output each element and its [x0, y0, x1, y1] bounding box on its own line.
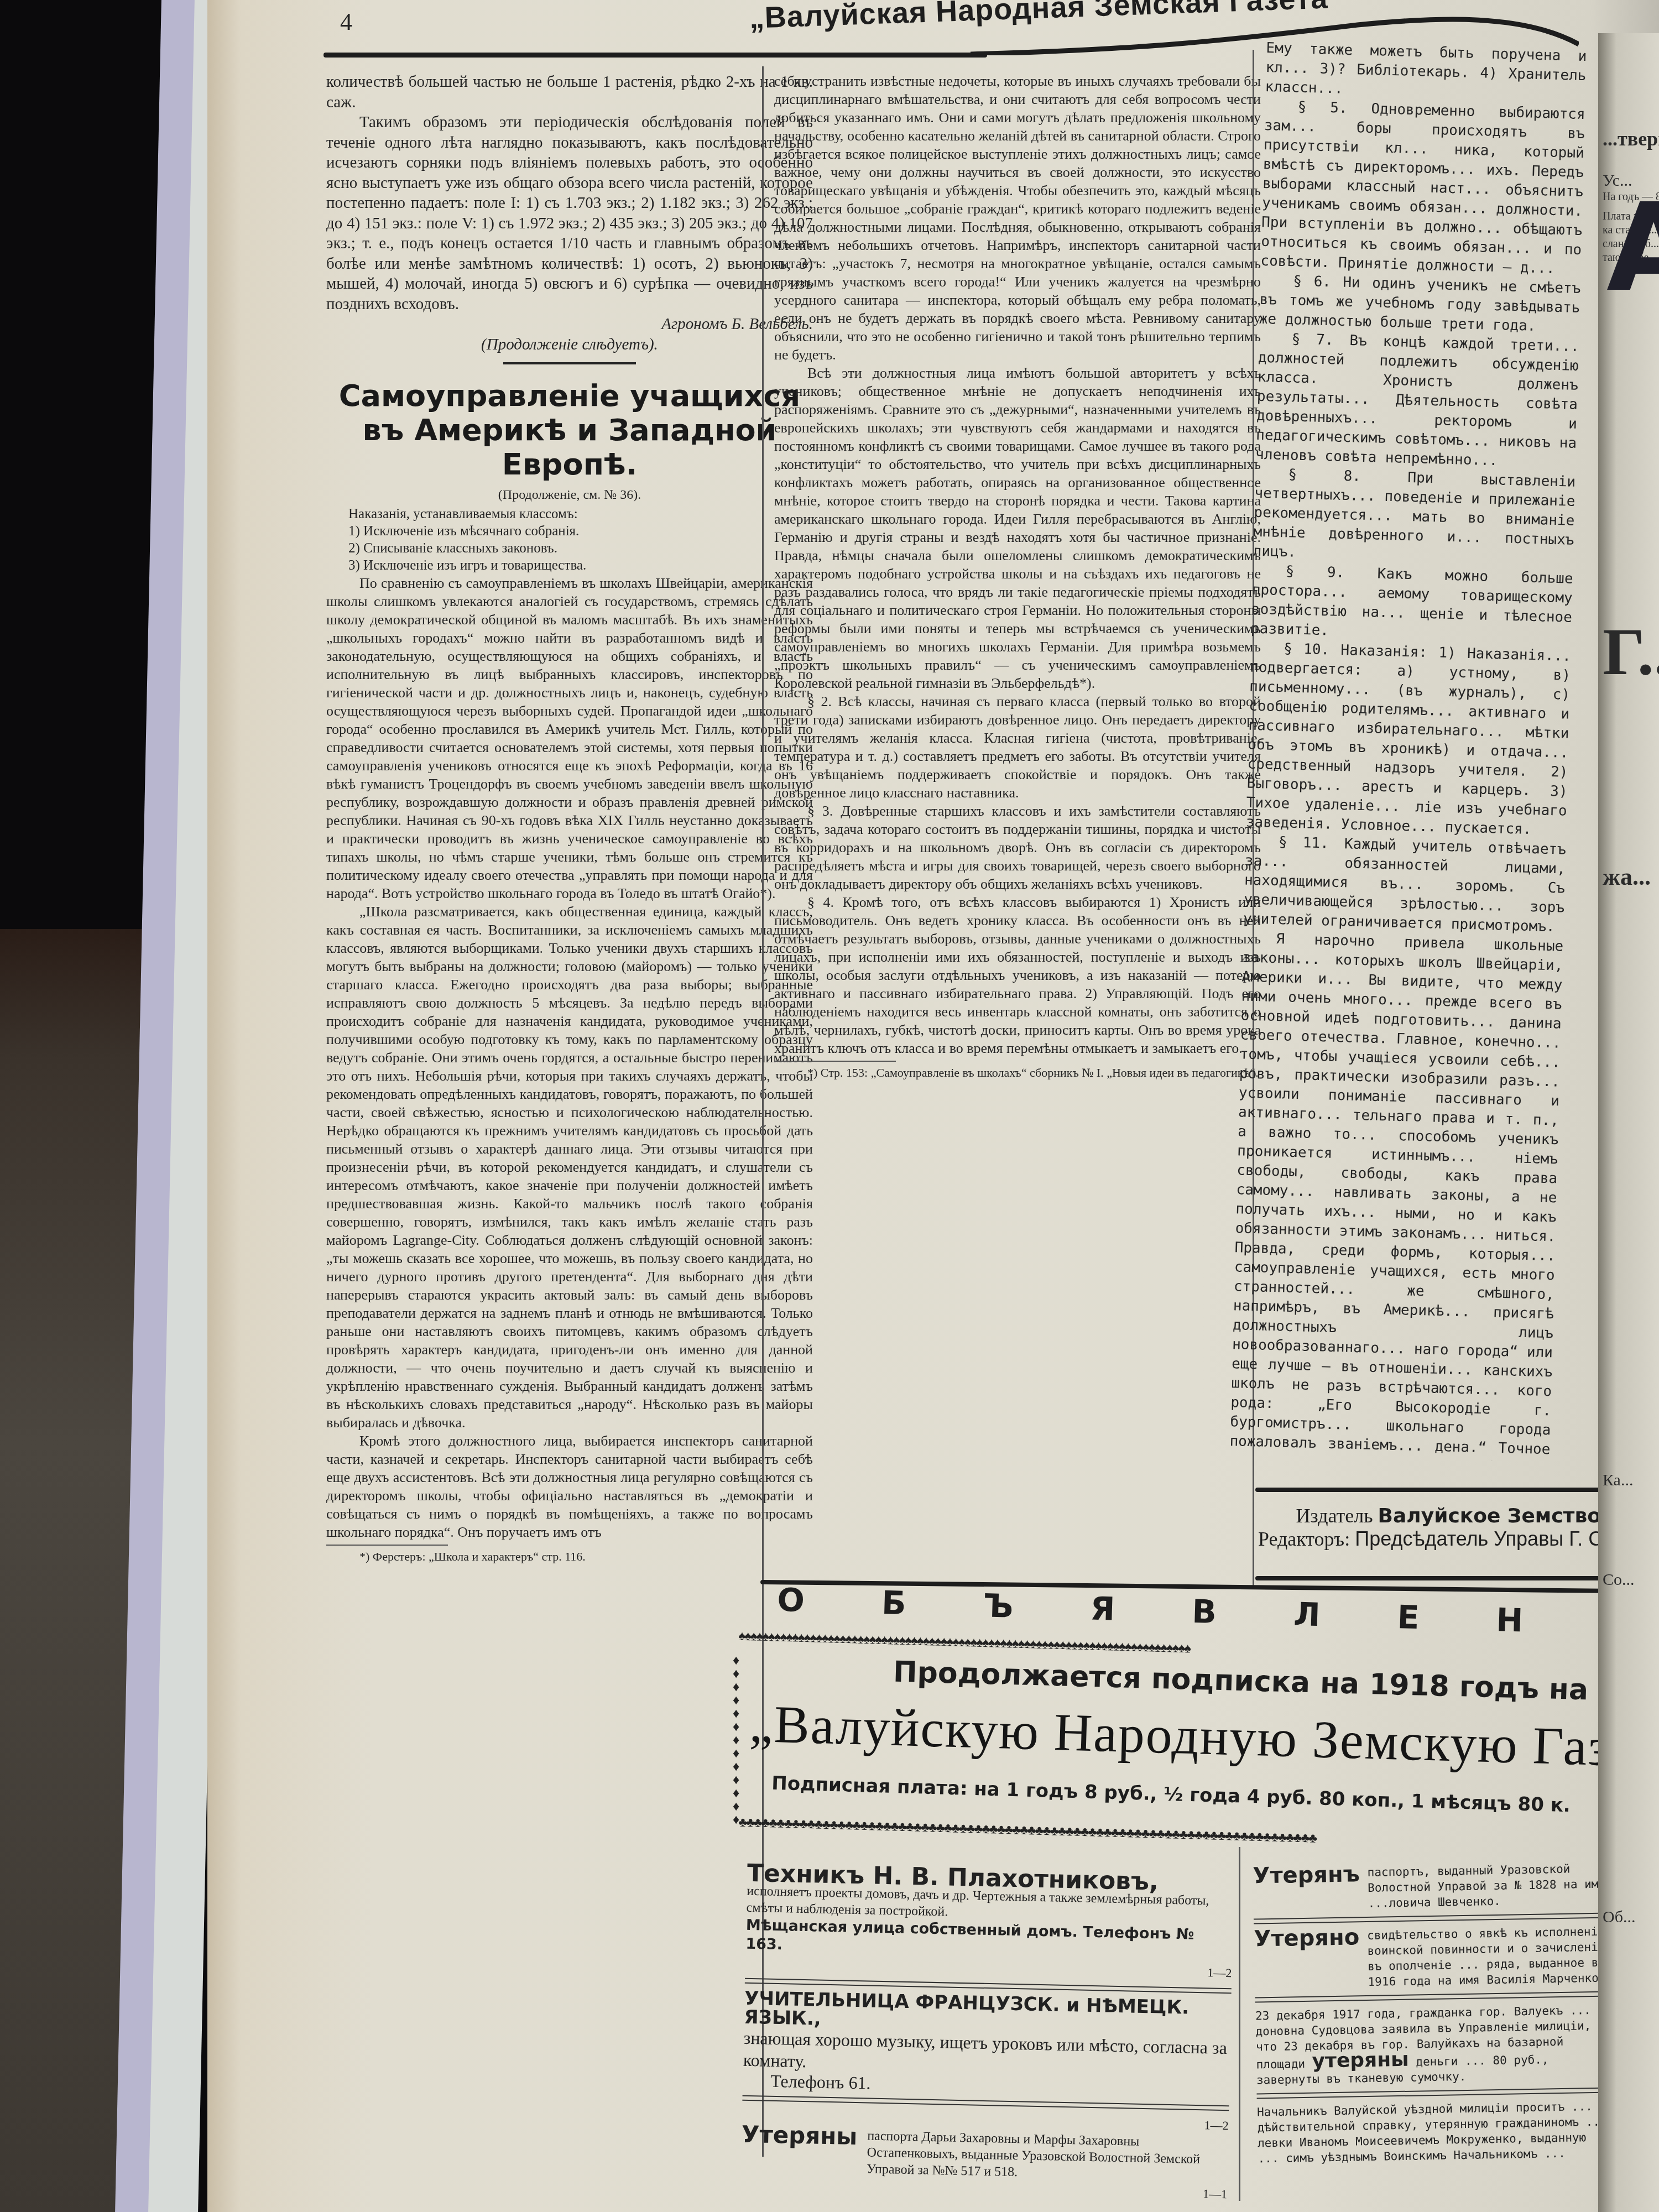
paragraph: Всѣ эти должностныя лица имѣютъ большой … [774, 364, 1261, 692]
paragraph: § 8. При выставленіи четвертныхъ... пове… [1253, 465, 1575, 570]
author-signature: Агрономъ Б. Вельбель. [326, 314, 813, 335]
column-1: количествѣ большей частью не больше 1 ра… [326, 72, 813, 1564]
lost-items-ads: Утерянъ паспортъ, выданный Уразовской Во… [1253, 1860, 1611, 2166]
paragraph: § 4. Кромѣ того, отъ всѣхъ классовъ выби… [774, 893, 1261, 1057]
publisher-label: Издатель [1296, 1505, 1373, 1527]
paragraph: Я нарочно привела школьные законы... кот… [1229, 928, 1564, 1462]
lost-certificate-ad: Утеряно свидѣтельство о явкѣ къ исполнен… [1254, 1923, 1609, 1991]
ad-divider [1255, 1991, 1609, 2002]
page-number: 4 [340, 8, 352, 36]
paragraph: По сравненію съ самоуправленіемъ въ школ… [326, 574, 813, 902]
paragraph: „Школа разсматривается, какъ общественна… [326, 902, 813, 1432]
article-continuation-note: (Продолженіе, см. № 36). [326, 485, 813, 505]
editor-line: Редакторъ: Предсѣдатель Управы Г. С. Лор… [1258, 1527, 1618, 1551]
article-title: Самоуправленіе учащихся въ Америкѣ и Зап… [326, 379, 813, 482]
list-item: 1) Исключеніе изъ мѣсячнаго собранія. [348, 523, 813, 540]
paragraph: себя устранить извѣстные недочеты, котор… [774, 72, 1261, 364]
paragraph: § 7. Въ концѣ каждой трети... должностей… [1255, 329, 1579, 473]
ad-divider [1254, 1912, 1608, 1924]
header-rule [324, 53, 987, 58]
paragraph: § 11. Каждый учитель отвѣчаетъ за... обя… [1243, 832, 1566, 937]
ad-title: Утерянъ [1253, 1865, 1360, 1913]
publisher-value: Валуйское Земство [1378, 1505, 1601, 1527]
column-2: себя устранить извѣстные недочеты, котор… [774, 72, 1261, 1081]
ad-title: Утеряны [742, 2125, 858, 2146]
lost-money-ad: 23 декабря 1917 года, гражданка гор. Вал… [1255, 2002, 1610, 2088]
imprint-rule-top [1255, 1488, 1620, 1492]
footnote: *) Стр. 153: „Самоуправленіе въ школахъ“… [774, 1065, 1261, 1081]
footnote-rule [326, 1545, 448, 1546]
paragraph: количествѣ большей частью не больше 1 ра… [326, 72, 813, 112]
editor-label: Редакторъ: [1258, 1528, 1350, 1550]
paragraph: § 10. Наказанія: 1) Наказанія... подверг… [1245, 639, 1571, 841]
paragraph: § 9. Какъ можно больше простора... аемом… [1251, 561, 1573, 647]
lost-passport-ad: Утерянъ паспортъ, выданный Уразовской Во… [1253, 1860, 1607, 1913]
adjacent-page: ...твергъ, Ус... На годъ — 8... Плата за… [1598, 33, 1659, 2212]
list-item: 2) Списываніе классныхъ законовъ. [348, 540, 813, 557]
continued-note: (Продолженіе слѣдуетъ). [326, 335, 813, 355]
punishments-list: Наказанія, устанавливаемыя классомъ: 1) … [326, 505, 813, 574]
column-3: Ему также можетъ быть поручена и кл... 3… [1229, 39, 1587, 1462]
ad-body: паспорта Дарьи Захаровны и Марфы Захаров… [867, 2128, 1228, 2185]
ad-title: Утеряно [1254, 1928, 1360, 1991]
publisher-line: Издатель Валуйское Земство [1258, 1504, 1618, 1527]
column-divider [1239, 1847, 1240, 2201]
imprint: Издатель Валуйское Земство Редакторъ: Пр… [1258, 1504, 1618, 1551]
ad-emphasis: утеряны [1312, 2048, 1409, 2073]
subscription-ad: Продолжается подписка на 1918 годъ на „В… [738, 1653, 1659, 1830]
paragraph: § 3. Довѣренные старшихъ классовъ и ихъ … [774, 802, 1261, 893]
subscription-newspaper-name: „Валуйскую Народную Земскую Газету“ [749, 1693, 1659, 1781]
paragraph: Ему также можетъ быть поручена и кл... 3… [1265, 39, 1587, 105]
footnote: *) Ферстеръ: „Школа и характеръ“ стр. 11… [326, 1549, 813, 1564]
footnote-rule [774, 1061, 896, 1062]
paragraph: § 5. Одновременно выбираются зам... боры… [1260, 97, 1585, 279]
adjacent-page-large-letter: А [1606, 177, 1659, 319]
subscription-price: Подписная плата: на 1 годъ 8 руб., ½ год… [771, 1772, 1571, 1817]
ad-body: паспортъ, выданный Уразовской Волостной … [1367, 1860, 1607, 1911]
imprint-rule-bottom [1255, 1576, 1620, 1580]
paragraph: Кромѣ этого должностного лица, выбираетс… [326, 1432, 813, 1541]
ad-divider [1256, 2087, 1610, 2099]
paragraph: § 2. Всѣ классы, начиная съ перваго клас… [774, 692, 1261, 802]
list-heading: Наказанія, устанавливаемыя классомъ: [348, 505, 813, 523]
ad-body: свидѣтельство о явкѣ къ исполненію воинс… [1367, 1923, 1609, 1990]
paragraph: § 6. Ни одинъ ученикъ не смѣетъ въ томъ … [1259, 271, 1581, 337]
list-item: 3) Исключеніе изъ игръ и товарищества. [348, 557, 813, 574]
technician-ad: Техникъ Н. В. Плахотниковъ, исполняетъ п… [740, 1864, 1234, 2204]
newspaper-page: 4 „Валуйская Народная Земская Газета кол… [207, 0, 1659, 2212]
column-divider [762, 66, 764, 2157]
divider [503, 362, 636, 364]
militia-notice: Начальникъ Валуйской уѣздной милиціи про… [1257, 2098, 1612, 2166]
paragraph: Такимъ образомъ эти періодическія обслѣд… [326, 112, 813, 314]
